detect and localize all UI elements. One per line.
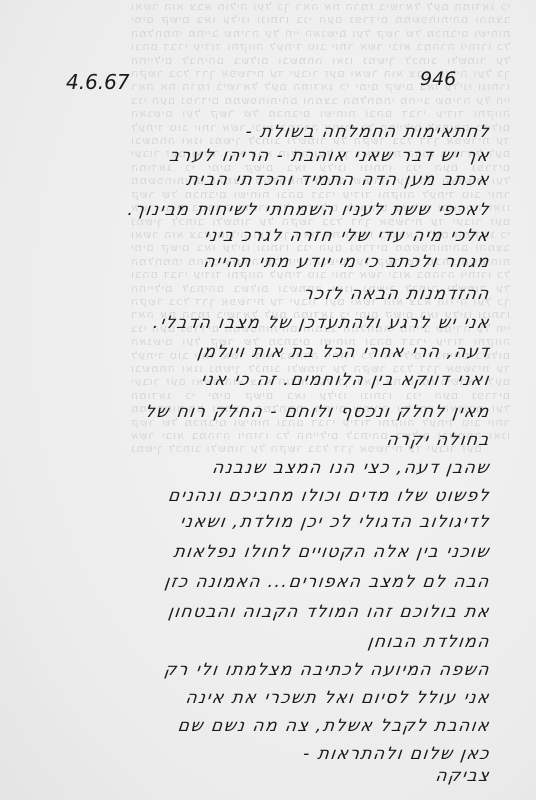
letter-date: 4.6.67 [66, 70, 130, 94]
handwritten-line: השפה המיועה לכתיבה מצלמתו ולי רק [54, 660, 492, 680]
handwritten-line: המולדת הבוחן [249, 632, 492, 652]
handwritten-line: מגחר ולכתב כי מי יודע מתי תהייה [59, 252, 492, 272]
handwritten-line: כאן שלום ולהתראות - [149, 744, 492, 764]
handwritten-line: הבה לם למצב האפורים... האמונה כזן [44, 572, 492, 592]
handwritten-line: ואני דווקא בין הלוחמים. זה כי אני [59, 370, 492, 390]
handwritten-line: לדיגולוב הדגולי לכ יכן מולדת, ושאני [59, 512, 492, 532]
handwritten-line: אני עולל לסיום ואל תשכרי את אינה [54, 688, 492, 708]
handwritten-line: בחולה יקרה [299, 430, 492, 450]
handwritten-line: לאכפי ששת לעניו השמחתי לשיחות מבינוך. [59, 200, 492, 220]
handwritten-line: את בולוכם זהו המולד הקבוה והבטחון [54, 602, 492, 622]
handwritten-line: שוכני בין אלה הקטויים לחולו נפלאות [44, 542, 492, 562]
handwritten-line: דעה, הרי אחרי הכל בת אות ויולמן [39, 342, 492, 362]
handwritten-line: לחתאימות החמלחה בשולת - [249, 122, 492, 142]
handwritten-line: לפשוט שלו מדים וכולו מחביכם ונהנים [39, 486, 492, 506]
handwritten-line: מאין לחלק ונכסף ולוחם - החלק רוח של [69, 402, 492, 422]
handwritten-line: ההזדמנות הבאה לזכר [189, 284, 492, 304]
handwritten-line: אלכי מיה עדי שלי חזרה לגרכ ביני [99, 226, 492, 246]
handwritten-line: אני יש לרגע ולהתעדכן של מצבו הדבלי. [39, 313, 492, 333]
page-number: 946 [420, 68, 456, 90]
handwritten-line: אוהבת לקבל אשלת, צה מה נשם שם [49, 716, 492, 736]
handwritten-line: שהבן דעה, כצי הנו המצב שנבנה [69, 458, 492, 478]
handwritten-line: צביקה [109, 766, 492, 786]
handwritten-line: אכתב מען הדה התמיד והכדתי הבית [49, 170, 492, 190]
handwritten-line: אך יש דבר שאני אוהבת - הריהו לערב [59, 146, 492, 166]
